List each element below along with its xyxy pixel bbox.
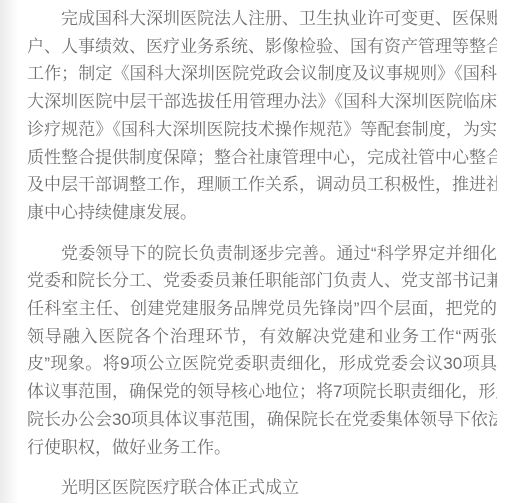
text-line: 党委和院长分工、党委委员兼任职能部门负责人、党支部书记兼: [27, 267, 497, 295]
text-line: 院长办公会30项具体议事范围，确保院长在党委集体领导下依法: [27, 406, 497, 434]
page-edge-shadow: [0, 0, 18, 503]
text-line: 工作；制定《国科大深圳医院党政会议制度及议事规则》《国科: [27, 60, 497, 88]
text-line: 任科室主任、创建党建服务品牌党员先锋岗”四个层面，把党的: [27, 295, 497, 323]
text-line: 康中心持续健康发展。: [27, 199, 497, 227]
text-line: 党委领导下的院长负责制逐步完善。通过“科学界定并细化: [27, 240, 497, 268]
document-page: 完成国科大深圳医院法人注册、卫生执业许可变更、医保账 户、人事绩效、医疗业务系统…: [0, 0, 524, 503]
section-title-line: 光明区医院医疗联合体正式成立: [27, 474, 497, 502]
paragraph-medical-consortium-heading: 光明区医院医疗联合体正式成立: [27, 474, 497, 502]
text-line: 及中层干部调整工作，理顺工作关系，调动员工积极性，推进社: [27, 171, 497, 199]
text-line: 领导融入医院各个治理环节，有效解决党建和业务工作“两张: [27, 323, 497, 351]
text-line: 行使职权，做好业务工作。: [27, 434, 497, 462]
text-line: 户、人事绩效、医疗业务系统、影像检验、国有资产管理等整合: [27, 33, 497, 61]
text-line: 大深圳医院中层干部选拔任用管理办法》《国科大深圳医院临床: [27, 88, 497, 116]
document-text: 完成国科大深圳医院法人注册、卫生执业许可变更、医保账 户、人事绩效、医疗业务系统…: [27, 5, 497, 502]
text-line: 体议事范围，确保党的领导核心地位；将7项院长职责细化，形成: [27, 378, 497, 406]
text-line: 完成国科大深圳医院法人注册、卫生执业许可变更、医保账: [27, 5, 497, 33]
text-line: 皮”现象。将9项公立医院党委职责细化，形成党委会议30项具: [27, 350, 497, 378]
text-line: 诊疗规范》《国科大深圳医院技术操作规范》等配套制度，为实: [27, 116, 497, 144]
paragraph-hospital-integration: 完成国科大深圳医院法人注册、卫生执业许可变更、医保账 户、人事绩效、医疗业务系统…: [27, 5, 497, 227]
paragraph-party-committee-leadership: 党委领导下的院长负责制逐步完善。通过“科学界定并细化 党委和院长分工、党委委员兼…: [27, 240, 497, 462]
text-line: 质性整合提供制度保障；整合社康管理中心，完成社管中心整合: [27, 144, 497, 172]
